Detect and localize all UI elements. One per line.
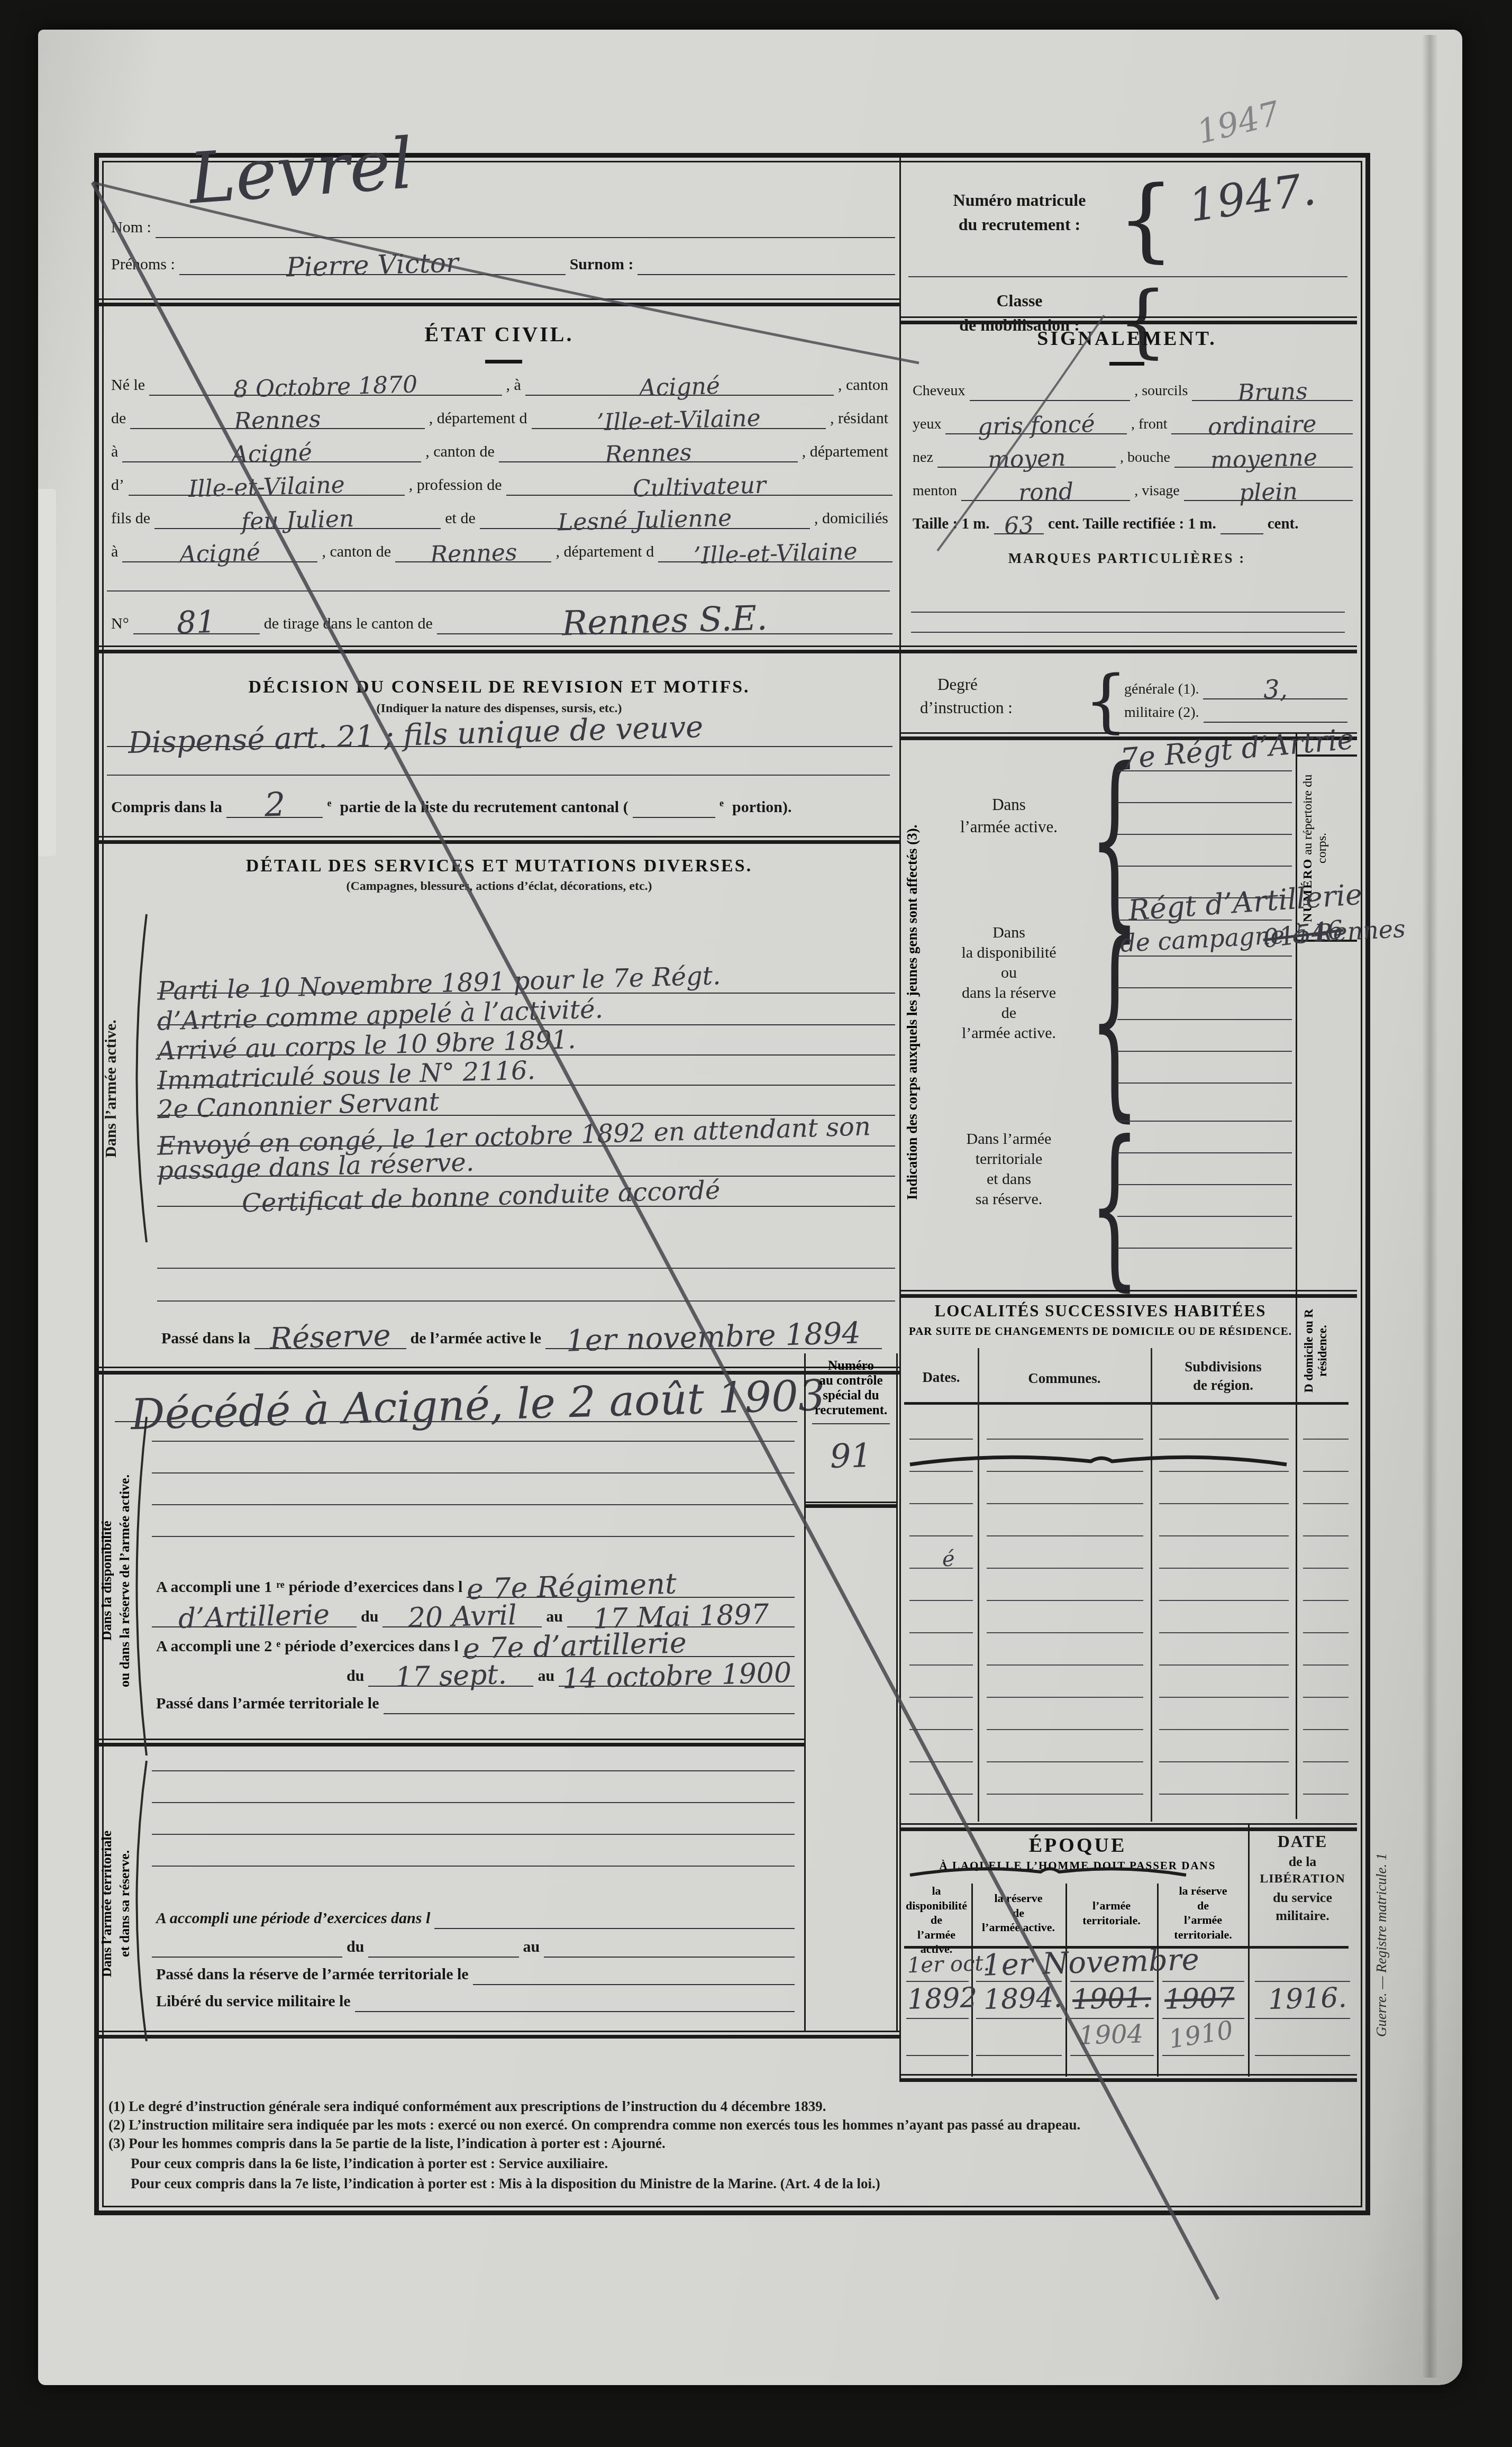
terr-blank-4	[152, 1866, 795, 1867]
a-label: , à	[502, 376, 525, 396]
margin-disponibilite-1: Dans la disponibilité	[99, 1417, 117, 1745]
corps-terr-label-2: territoriale	[930, 1150, 1088, 1168]
dispo-bottom-rule	[99, 1739, 804, 1746]
corps-dispo-label-2: la disponibilité	[930, 944, 1088, 962]
compris-partie-value: 2	[264, 791, 286, 820]
sourcils-value: Bruns	[1237, 381, 1308, 403]
passe-reserve-line: Passé dans la Réserve de l’armée active …	[157, 1320, 882, 1349]
periode2-regiment: e 7e d’artillerie	[462, 1631, 687, 1661]
nez-value: moyen	[987, 448, 1065, 470]
etat-civil-line-4: d’ Ille-et-Vilaine , profession de Culti…	[107, 469, 892, 496]
corps-terr-label-1: Dans l’armée	[930, 1130, 1088, 1148]
d-label: d’	[107, 476, 129, 496]
etat-civil-line-5: fils de feu Julien et de Lesné Julienne …	[107, 503, 892, 529]
canton-label: , canton	[834, 376, 892, 396]
compris-line: Compris dans la 2 e partie de la liste d…	[107, 790, 892, 818]
matricule-label-2: du recrutement :	[924, 215, 1115, 234]
periode1-du: 20 Avril	[407, 1604, 517, 1630]
surnom-value-line	[637, 274, 895, 275]
corps-dispo-label-1: Dans	[930, 924, 1088, 942]
epoque-r1-c1: 1er oct.	[907, 1954, 990, 1975]
central-divider	[899, 158, 901, 2078]
localites-col-dates: Dates.	[904, 1369, 978, 1386]
terr-blank-1	[152, 1770, 795, 1771]
corps-terr-brace: {	[1089, 1105, 1140, 1307]
periode1-arme: d’Artillerie	[178, 1603, 330, 1631]
ne-le-label: Né le	[107, 376, 149, 396]
residence-canton: Rennes	[605, 442, 692, 465]
front-value: ordinaire	[1207, 414, 1316, 437]
adjacent-page-edge	[38, 489, 56, 856]
terr-au-label: au	[519, 1938, 544, 1958]
decision-blank-rule	[107, 775, 890, 776]
right-margin-imprint: Guerre. — Registre matricule. 1	[1373, 1744, 1397, 2146]
localites-col-subdiv-2: de région.	[1152, 1377, 1295, 1394]
tirage-canton: Rennes S.E.	[561, 604, 768, 638]
degre-militaire-line: militaire (2).	[1120, 698, 1347, 723]
signalement-title: SIGNALEMENT.	[899, 327, 1354, 350]
terr-du-au-line: du au	[152, 1931, 795, 1958]
compris-sup-2: e	[719, 798, 724, 808]
periode1b-line: d’Artillerie du 20 Avril au 17 Mai 1897	[152, 1599, 795, 1627]
domicilies-label: , domiciliés	[810, 510, 892, 529]
father-name: feu Julien	[241, 509, 354, 532]
corps-terr-label-3: et dans	[930, 1170, 1088, 1188]
passe-label: Passé dans la	[157, 1330, 254, 1349]
controle-label-2: au contrôle	[806, 1373, 896, 1388]
epoque-bottom-rule	[899, 2074, 1357, 2082]
service-entry-3: Arrivé au corps le 10 9bre 1891.	[157, 1028, 895, 1056]
periode1-regiment: e 7e Régiment	[467, 1572, 677, 1602]
compris-sup-1: e	[327, 798, 331, 808]
visage-label: , visage	[1130, 483, 1184, 501]
au-label: au	[542, 1608, 567, 1627]
service-entry-text: Immatriculé sous le N° 2116.	[157, 1060, 536, 1092]
deces-value: Décédé à Acigné, le 2 août 1903	[130, 1378, 825, 1433]
footnote-3: (3) Pour les hommes compris dans la 5e p…	[108, 2135, 666, 2152]
fils-de-label: fils de	[107, 510, 154, 529]
terr-passe-line: Passé dans la réserve de l’armée territo…	[152, 1959, 795, 1985]
etat-civil-line-6: à Acigné , canton de Rennes , départemen…	[107, 536, 892, 562]
decision-value-line: Dispensé art. 21 ; fils unique de veuve	[107, 716, 892, 747]
surname-signature: Levrel	[187, 134, 415, 208]
departement-d-label: , département d	[551, 543, 658, 562]
epoque-date-1: DATE	[1250, 1832, 1355, 1851]
etat-civil-line-1: Né le 8 Octobre 1870 , à Acigné , canton	[107, 369, 892, 396]
document-frame: Levrel Nom : Prénoms : Pierre Victor Sur…	[94, 153, 1370, 2215]
localites-rows-dr	[1303, 1407, 1349, 1797]
parents-departement: ’Ille-et-Vilaine	[693, 541, 858, 566]
a3-label: à	[107, 543, 122, 562]
au2-label: au	[533, 1667, 559, 1687]
departement-label: , département d	[425, 410, 532, 429]
terr-du-label: du	[342, 1938, 368, 1958]
marques-rule-2	[911, 632, 1345, 633]
yeux-label: yeux	[908, 416, 945, 434]
prenoms-label: Prénoms :	[107, 256, 179, 275]
marques-rule-1	[911, 612, 1345, 613]
prenoms-value-line: Pierre Victor	[179, 254, 566, 276]
footnote-2: (2) L’instruction militaire sera indiqué…	[108, 2117, 1080, 2133]
localites-subtitle: PAR SUITE DE CHANGEMENTS DE DOMICILE OU …	[899, 1325, 1301, 1338]
service-entry-text: Certificat de bonne conduite accordé	[242, 1180, 721, 1215]
corps-dispo-numero-struck: 01546	[1262, 919, 1345, 950]
margin-territoriale-2: et dans sa réserve.	[117, 1787, 133, 2020]
epoque-r2-date: 1916.	[1268, 1986, 1347, 2012]
birth-canton: Rennes	[234, 409, 321, 431]
controle-label-1: Numéro	[806, 1359, 896, 1373]
dispo-blank-1	[152, 1441, 795, 1442]
signalement-row-4: menton rond , visage plein	[908, 476, 1353, 501]
taille-row: Taille : 1 m. 63 cent. Taille rectifiée …	[908, 509, 1353, 534]
prenoms-line: Prénoms : Pierre Victor Surnom :	[107, 247, 895, 275]
service-entry-1: Parti le 10 Novembre 1891 pour le 7e Rég…	[157, 966, 895, 994]
de-label: de	[107, 410, 130, 429]
armee-active-le-label: de l’armée active le	[406, 1330, 545, 1349]
service-blank-2	[157, 1300, 895, 1302]
epoque-r2-c2: 1894.	[983, 1986, 1062, 2012]
prenoms-value: Pierre Victor	[286, 251, 459, 279]
pencil-class-number: 1947	[1195, 99, 1282, 147]
birth-date: 8 Octobre 1870	[233, 375, 418, 399]
periode2-au: 14 octobre 1900	[562, 1661, 791, 1691]
bouche-label: , bouche	[1116, 449, 1174, 468]
service-entry-text: Parti le 10 Novembre 1891 pour le 7e Rég…	[157, 965, 721, 1003]
tirage-label: de tirage dans le canton de	[260, 615, 437, 634]
periode1-label: A accompli une 1	[152, 1578, 276, 1598]
birth-departement: ’Ille-et-Vilaine	[597, 408, 761, 432]
localites-title: LOCALITÉS SUCCESSIVES HABITÉES	[899, 1302, 1301, 1321]
localites-rows-subdiv	[1159, 1407, 1289, 1797]
compris-label-3: portion).	[728, 798, 796, 818]
corps-dispo-label-6: l’armée active.	[930, 1024, 1088, 1042]
degre-generale-value: 3,	[1263, 679, 1288, 701]
matricule-brace: {	[1117, 167, 1174, 272]
du-label: du	[357, 1608, 382, 1627]
service-entry-6: Envoyé en congé, le 1er octobre 1892 en …	[157, 1119, 895, 1147]
parents-place: Acigné	[179, 542, 261, 565]
canton-de2-label: , canton de	[317, 543, 395, 562]
periode2-line: A accompli une 2 e période d’exercices d…	[152, 1629, 795, 1657]
nom-label: Nom :	[107, 219, 156, 238]
service-blank-1	[157, 1268, 895, 1269]
epoque-r1-c2: 1er Novembre	[982, 1947, 1199, 1978]
controle-box: Numéro au contrôle spécial du recrutemen…	[804, 1353, 898, 2032]
localites-stray-mark: é	[942, 1550, 955, 1569]
service-entry-8: Certificat de bonne conduite accordé	[157, 1179, 895, 1207]
mother-name: Lesné Julienne	[558, 508, 732, 533]
section-rule-tirage	[99, 645, 1357, 653]
signalement-row-2: yeux gris foncé , front ordinaire	[908, 409, 1353, 434]
etat-civil-title: ÉTAT CIVIL.	[99, 322, 899, 347]
residence-place: Acigné	[231, 442, 313, 465]
terr-bottom-rule	[99, 2031, 899, 2039]
degre-militaire-label: militaire (2).	[1120, 704, 1204, 723]
margin-disponibilite-2: ou dans la réserve de l’armée active.	[117, 1401, 133, 1761]
taille-value: 63	[1004, 515, 1034, 536]
epoque-col3-header: l’arméeterritoriale.	[1067, 1898, 1156, 1927]
surnom-label: Surnom :	[566, 256, 638, 275]
footnote-4: Pour ceux compris dans la 6e liste, l’in…	[131, 2155, 608, 2172]
controle-inner-rule	[806, 1502, 896, 1508]
du2-label: du	[342, 1667, 368, 1687]
dispo-blank-3	[152, 1504, 795, 1505]
page-fold-shading	[1422, 35, 1438, 2378]
compris-label-2: partie de la liste du recrutement canton…	[335, 798, 632, 818]
periode1-sup: re	[276, 1579, 285, 1590]
yeux-value: gris foncé	[977, 414, 1095, 438]
services-subtitle: (Campagnes, blessures, actions d’éclat, …	[99, 879, 899, 894]
controle-label-3: spécial du	[806, 1388, 896, 1403]
marques-label: MARQUES PARTICULIÈRES :	[899, 550, 1354, 567]
signalement-row-3: nez moyen , bouche moyenne	[908, 442, 1353, 468]
nom-value-line	[156, 237, 895, 238]
localites-top-rule	[899, 1290, 1357, 1298]
footnote-1: (1) Le degré d’instruction générale sera…	[108, 2098, 826, 2115]
etat-civil-line-3: à Acigné , canton de Rennes , départemen…	[107, 436, 892, 462]
epoque-col4-header: la réservedel’arméeterritoriale.	[1159, 1884, 1247, 1942]
terr-periode-label: A accompli une période d’exercices dans …	[152, 1909, 434, 1929]
services-title: DÉTAIL DES SERVICES ET MUTATIONS DIVERSE…	[99, 856, 899, 876]
blank-rule	[107, 590, 890, 592]
terr-passe-label: Passé dans la réserve de l’armée territo…	[152, 1966, 473, 1985]
decision-bottom-rule	[99, 836, 899, 844]
passe-reserve-date: 1er novembre 1894	[566, 1321, 861, 1354]
localites-header-rule	[904, 1402, 1349, 1405]
numero-label: N°	[107, 615, 133, 634]
localites-col-dr: D domicile ou R résidence.	[1302, 1295, 1350, 1406]
controle-label-4: recrutement.	[806, 1403, 896, 1418]
epoque-r2-c3-struck: 1901.	[1072, 1986, 1151, 2012]
passe-territoriale-label: Passé dans l’armée territoriale le	[152, 1695, 384, 1714]
profession-value: Cultivateur	[632, 475, 766, 498]
periode1-line: A accompli une 1 re période d’exercices …	[152, 1569, 795, 1598]
corps-dispo-label-3: ou	[930, 964, 1088, 982]
corps-dispo-label-4: dans la réserve	[930, 984, 1088, 1002]
epoque-r3-c4: 1910	[1168, 2020, 1235, 2051]
scanned-register-page: { "pencil_number": "1947", "right_margin…	[0, 0, 1512, 2447]
departement2-label: , département	[798, 443, 892, 462]
epoque-r3-c3: 1904	[1078, 2023, 1143, 2046]
matricule-value: 1947.	[1187, 170, 1318, 225]
signalement-row-1: Cheveux , sourcils Bruns	[908, 376, 1353, 401]
cheveux-label: Cheveux	[908, 383, 970, 401]
controle-value: 91	[830, 1442, 872, 1471]
residence-departement: Ille-et-Vilaine	[188, 475, 345, 499]
signalement-dash	[1109, 362, 1144, 366]
bouche-value: moyenne	[1210, 448, 1317, 470]
periode1-label-2: période d’exercices dans l	[285, 1578, 467, 1598]
tirage-line: N° 81 de tirage dans le canton de Rennes…	[107, 605, 892, 634]
epoque-subtitle: À LAQUELLE L’HOMME DOIT PASSER DANS	[908, 1859, 1247, 1872]
service-entry-2: d’Artrie comme appelé à l’activité.	[157, 998, 895, 1025]
epoque-title: ÉPOQUE	[908, 1834, 1247, 1857]
service-entry-text: passage dans la réserve.	[157, 1152, 475, 1182]
residant-label: , résidant	[826, 410, 892, 429]
periode2-label-2: période d’exercices dans l	[280, 1638, 463, 1657]
etat-civil-line-2: de Rennes , département d ’Ille-et-Vilai…	[107, 403, 892, 429]
sourcils-label: , sourcils	[1130, 383, 1192, 401]
taille-label: Taille : 1 m.	[908, 515, 994, 534]
terr-blank-2	[152, 1802, 795, 1803]
profession-label: , profession de	[405, 476, 506, 496]
epoque-r2-c1: 1892	[907, 1986, 978, 2012]
service-entry-text: 2e Canonnier Servant	[157, 1091, 440, 1121]
corps-active-label-1: Dans	[930, 795, 1088, 814]
corps-terr-label-4: sa réserve.	[930, 1190, 1088, 1208]
localites-divider-2	[1151, 1348, 1152, 1822]
etat-civil-dash	[485, 360, 522, 363]
a2-label: à	[107, 443, 122, 462]
tirage-number: 81	[177, 609, 216, 636]
register-page-paper: 1947 Guerre. — Registre matricule. 1 Lev…	[38, 30, 1462, 2385]
classe-label-1: Classe	[924, 291, 1115, 311]
dispo-blank-4	[152, 1536, 795, 1537]
passe-territoriale-line: Passé dans l’armée territoriale le	[152, 1688, 795, 1714]
decision-subtitle: (Indiquer la nature des dispenses, sursi…	[99, 702, 899, 716]
epoque-date-4: du service	[1250, 1890, 1355, 1906]
canton-de-label: , canton de	[421, 443, 499, 462]
compris-label: Compris dans la	[107, 798, 226, 818]
menton-label: menton	[908, 483, 961, 501]
libere-label: Libéré du service militaire le	[152, 1993, 355, 2012]
passe-reserve-word: Réserve	[269, 1323, 391, 1352]
corps-vertical-label: Indication des corps auxquels les jeunes…	[904, 740, 925, 1285]
et-de-label: et de	[441, 510, 479, 529]
periode2b-line: du 17 sept. au 14 octobre 1900	[152, 1658, 795, 1687]
parents-canton: Rennes	[430, 542, 517, 565]
margin-armee-active: Dans l’armée active.	[102, 914, 125, 1263]
terr-blank-3	[152, 1834, 795, 1835]
localites-col-subdiv-1: Subdivisions	[1152, 1359, 1295, 1375]
degre-generale-line: générale (1). 3,	[1120, 675, 1347, 699]
epoque-col1-header: ladisponibilitédel’armée active.	[902, 1884, 971, 1957]
corps-active-label-2: l’armée active.	[930, 817, 1088, 836]
localites-col-dr-1: D domicile ou	[1302, 1321, 1315, 1392]
numero-corps-header-2: au répertoire du corps.	[1301, 774, 1329, 863]
cent-label: cent.	[1263, 515, 1303, 534]
decision-value: Dispensé art. 21 ; fils unique de veuve	[128, 715, 704, 756]
epoque-date-5: militaire.	[1250, 1908, 1355, 1924]
menton-value: rond	[1018, 481, 1073, 503]
service-entry-7: passage dans la réserve.	[157, 1149, 895, 1177]
localites-rows-dates	[909, 1407, 973, 1797]
epoque-top-rule	[899, 1823, 1357, 1831]
degre-label-2: d’instruction :	[920, 698, 1013, 717]
nez-label: nez	[908, 449, 937, 468]
service-entry-5: 2e Canonnier Servant	[157, 1088, 895, 1116]
epoque-col2-header: la réservedel’armée active.	[973, 1891, 1064, 1935]
terr-periode-line: A accompli une période d’exercices dans …	[152, 1903, 795, 1929]
periode2-sup: e	[276, 1639, 280, 1649]
dispo-blank-2	[152, 1472, 795, 1473]
header-bottom-rule	[99, 298, 899, 306]
birth-place: Acigné	[639, 376, 720, 398]
visage-value: plein	[1239, 481, 1298, 503]
decision-title: DÉCISION DU CONSEIL DE REVISION ET MOTIF…	[99, 677, 899, 697]
front-label: , front	[1127, 416, 1171, 434]
degre-label-1: Degré	[937, 675, 978, 694]
nom-line: Nom :	[107, 211, 895, 238]
corps-dispo-label-5: de	[930, 1004, 1088, 1022]
periode2-du: 17 sept.	[395, 1663, 507, 1689]
classe-bottom-rule	[899, 316, 1357, 324]
matricule-label-1: Numéro matricule	[924, 190, 1115, 210]
epoque-date-2: de la	[1250, 1854, 1355, 1870]
localites-divider-1	[978, 1348, 979, 1822]
localites-col-communes: Communes.	[980, 1370, 1149, 1387]
taille-rectifiee-label: cent. Taille rectifiée : 1 m.	[1044, 515, 1220, 534]
periode2-label: A accompli une 2	[152, 1638, 276, 1657]
margin-territoriale-1: Dans l’armée territoriale	[99, 1777, 117, 2031]
degre-generale-label: générale (1).	[1120, 681, 1203, 699]
deces-line: Décédé à Acigné, le 2 août 1903	[115, 1375, 797, 1422]
libere-line: Libéré du service militaire le	[152, 1986, 795, 2012]
service-entry-4: Immatriculé sous le N° 2116.	[157, 1058, 895, 1086]
localites-rows-communes	[987, 1407, 1143, 1797]
epoque-date-3: LIBÉRATION	[1250, 1872, 1355, 1886]
footnote-5: Pour ceux compris dans la 7e liste, l’in…	[131, 2176, 880, 2192]
epoque-r2-c4-struck: 1907	[1164, 1986, 1235, 2012]
